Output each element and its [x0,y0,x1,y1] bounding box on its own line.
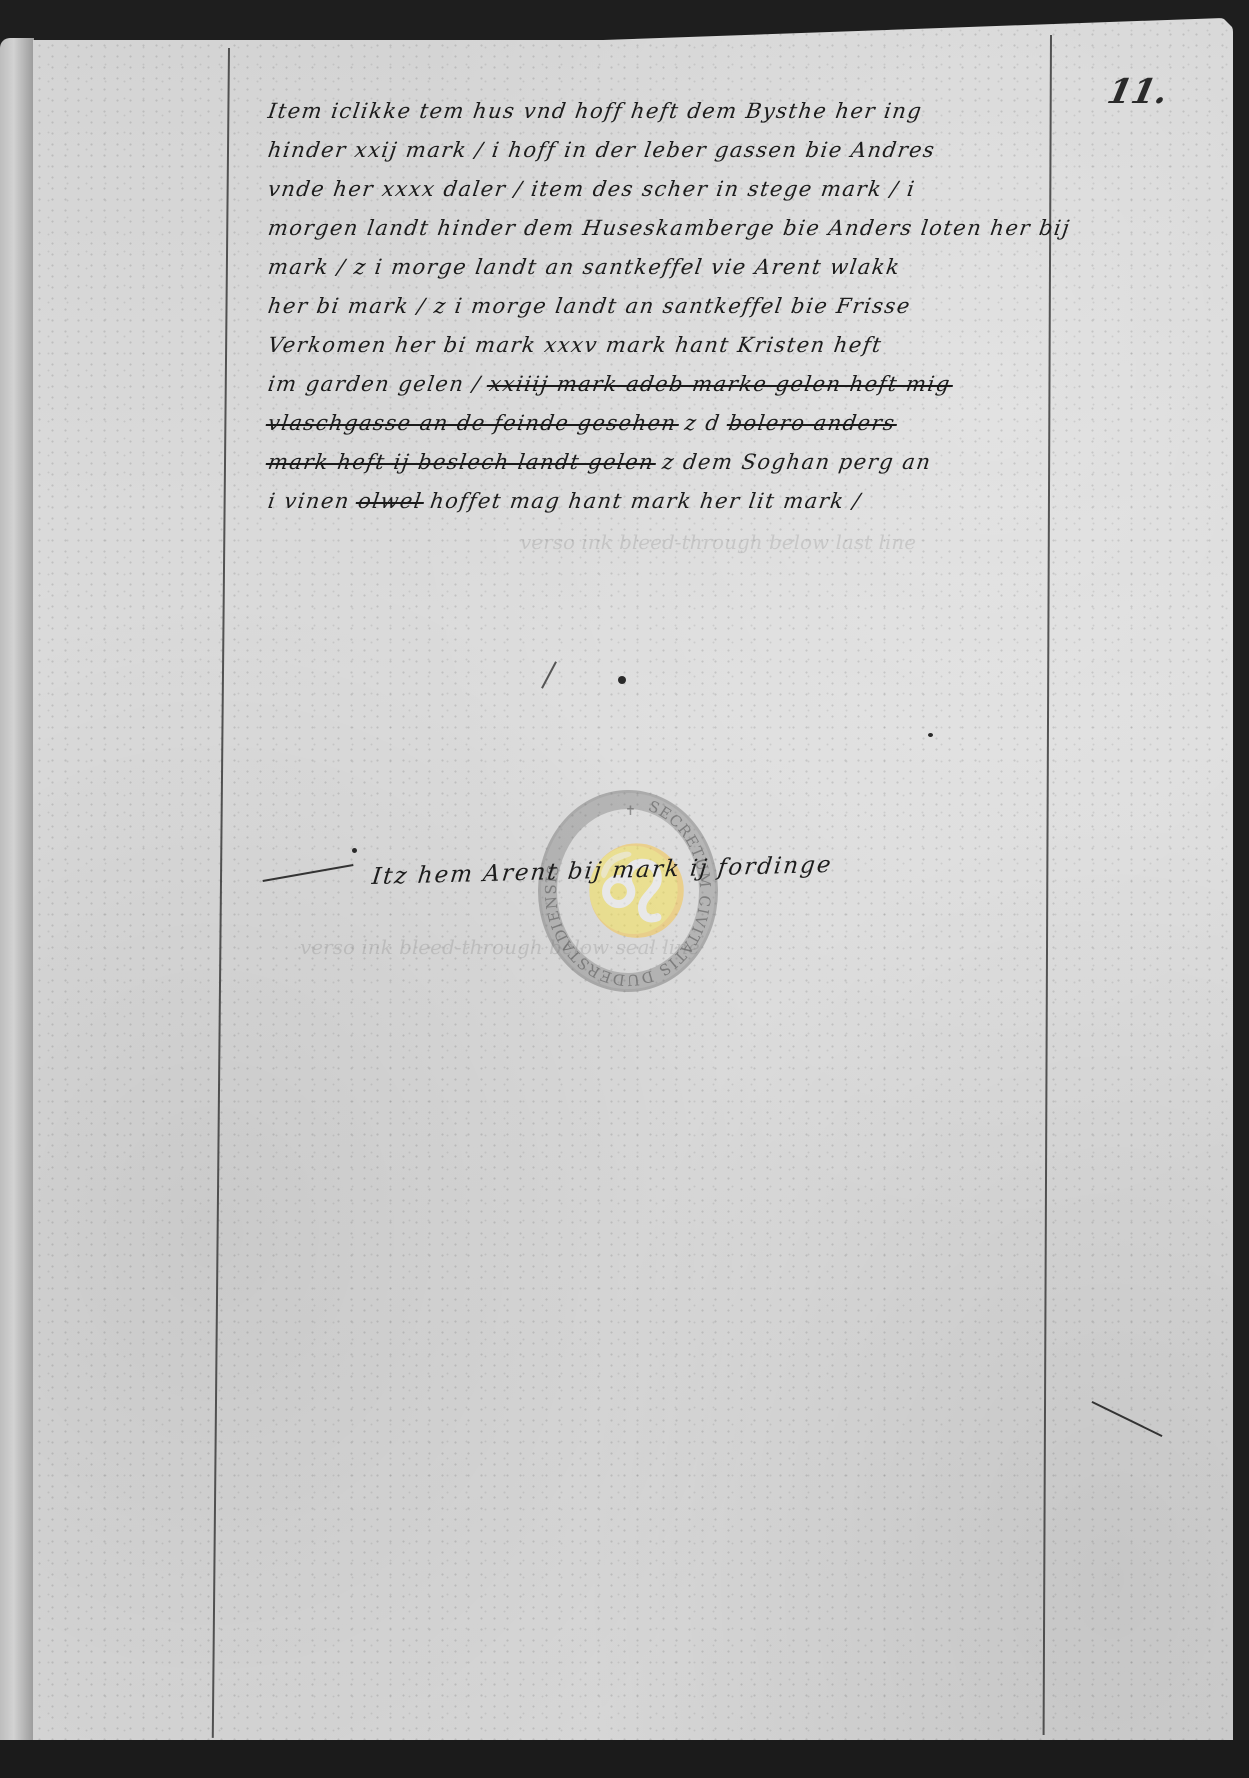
text-line-4: morgen landt hinder dem Huseskamberge bi… [265,209,1060,248]
ink-spot [352,848,357,853]
ink-spot [928,733,933,737]
scan-background-bottom [0,1740,1249,1778]
struck-through-text: mark heft ij beslech landt gelen [266,450,656,474]
main-text-block: Item iclikke tem hus vnd hoff heft dem B… [268,92,1058,521]
text-line-5: mark / z i morge landt an santkeffel vie… [265,248,1060,287]
struck-through-text: olwel [357,489,424,513]
text-line-3: vnde her xxxx daler / item des scher in … [265,170,1060,209]
text-line-10: mark heft ij beslech landt gelen z dem S… [265,443,1060,482]
text-line-1: Item iclikke tem hus vnd hoff heft dem B… [265,92,1060,131]
struck-through-text: bolero anders [727,411,897,435]
ink-spot [618,676,626,684]
lion-emblem-icon: ♌ [583,839,673,943]
text-line-7: Verkomen her bi mark xxxv mark hant Kris… [265,326,1060,365]
text-line-9: vlaschgasse an de feinde gesehen z d bol… [265,404,1060,443]
bleed-through-text: verso ink bleed-through below last line [520,530,916,554]
archive-stamp: SECRETUM CIVITATIS DUDERSTADIENSIS ✝ ♌ [538,790,718,992]
text-line-2: hinder xxij mark / i hoff in der leber g… [265,131,1060,170]
text-line-11: i vinen olwel hoffet mag hant mark her l… [265,482,1060,521]
struck-through-text: xxiiij mark adeb marke gelen heft mig [488,372,953,396]
text-line-6: her bi mark / z i morge landt an santkef… [265,287,1060,326]
text-line-8: im garden gelen / xxiiij mark adeb marke… [265,365,1060,404]
struck-through-text: vlaschgasse an de feinde gesehen [266,411,678,435]
facing-page-edge [0,38,34,1753]
cross-icon: ✝ [625,804,636,819]
folio-number: 11. [1104,72,1172,112]
